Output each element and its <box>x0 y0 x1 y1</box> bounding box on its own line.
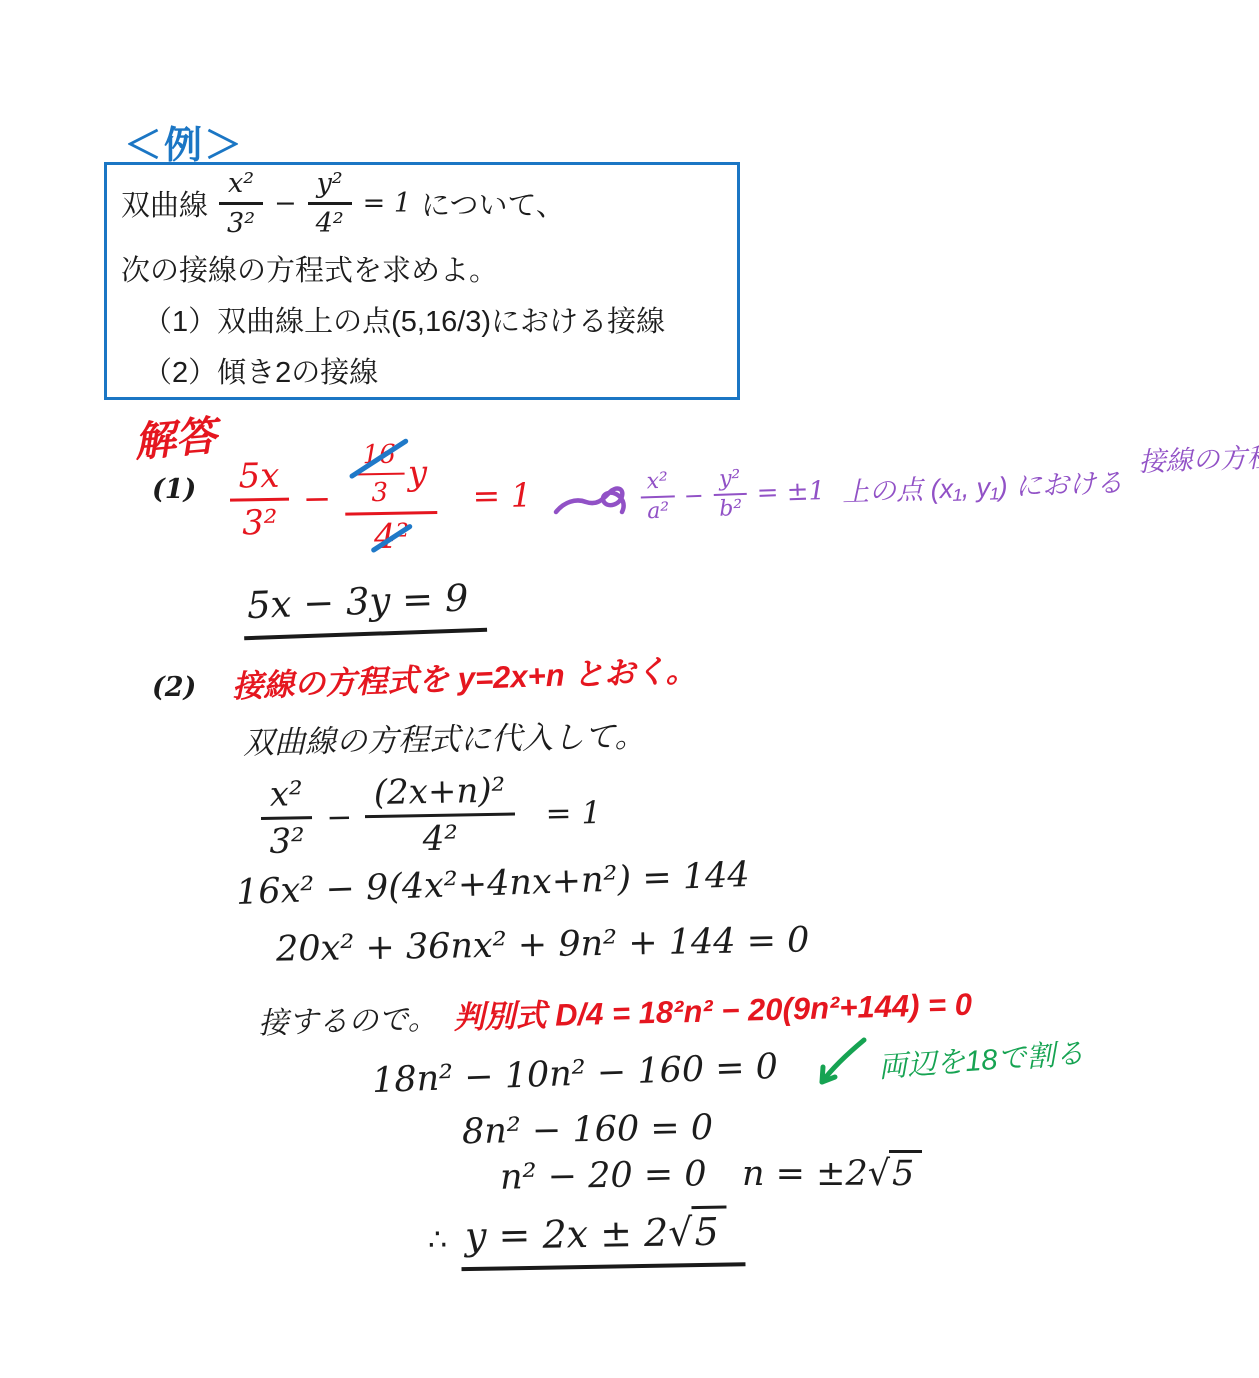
fraction-y2-b2: y² b² <box>712 466 749 521</box>
cancelled-16: 16 <box>353 441 405 476</box>
problem-item-2: （2） 傾き2の接線 <box>121 350 725 391</box>
sqrt-5: √5 <box>868 1150 923 1194</box>
note-point-text: 上の点 (x₁, y₁) における <box>841 461 1123 510</box>
equals-one: = 1 <box>472 475 532 515</box>
part2-substitute-line: 双曲線の方程式に代入して。 <box>243 710 646 762</box>
minus-sign: − <box>326 799 353 835</box>
part2-final-answer-row: ∴ y = 2x ± 2√5 <box>427 1205 745 1272</box>
example-heading: ＜例＞ <box>124 114 244 169</box>
purple-curl-flourish-icon <box>552 478 630 530</box>
sqrt-5: √5 <box>668 1206 727 1255</box>
green-divide-note: 両辺を18で割る <box>877 1031 1086 1086</box>
fraction-x2-a2: x² a² <box>640 469 676 524</box>
equals-pm1: = ±1 <box>756 476 825 508</box>
inner-fraction-16-3: 16 3 <box>353 441 405 508</box>
y-factor: y <box>408 456 428 490</box>
fraction-x2-over-9: x² 3² <box>259 776 314 860</box>
fraction-16-3y-over-16: 16 3 y 4² <box>344 439 437 556</box>
minus-sign: − <box>302 478 331 518</box>
part2-expand-line-1: 16x² − 9(4x²+4nx+n²) = 144 <box>235 855 750 913</box>
green-arrow-icon <box>808 1034 872 1092</box>
tangency-condition-text: 接するので。 <box>258 994 438 1043</box>
problem-lead-text: 双曲線 <box>121 183 208 224</box>
item-2-text: 傾き2の接線 <box>217 350 378 391</box>
part2-step-1: 18n² − 10n² − 160 = 0 <box>371 1047 778 1101</box>
note-line-1: x² a² − y² b² = ±1 上の点 (x₁, y₁) における <box>640 453 1124 524</box>
problem-item-1: （1） 双曲線上の点(5,16/3)における接線 <box>121 299 725 340</box>
fraction-y-term: y² 4² <box>307 169 353 238</box>
therefore-symbol: ∴ <box>428 1222 448 1257</box>
note-line-2: 接線の方程式 x₁x a² − y₁y b² = ±1 <box>1130 418 1259 486</box>
part2-equation: x² 3² − (2x+n)² 4² = 1 <box>259 771 602 860</box>
discriminant-equation: 判別式 D/4 = 18²n² − 20(9n²+144) = 0 <box>453 979 973 1038</box>
part2-expand-line-2: 20x² + 36nx² + 9n² + 144 = 0 <box>276 920 810 969</box>
radical-sign: √ <box>668 1210 693 1254</box>
answer-prefix: y = 2x ± 2 <box>465 1211 669 1259</box>
final-answer-equation: y = 2x ± 2√5 <box>461 1205 746 1271</box>
minus-sign: − <box>683 481 704 510</box>
item-1-text: 双曲線上の点(5,16/3)における接線 <box>217 299 665 340</box>
equals-one: = 1 <box>363 188 411 219</box>
part2-setup-line: 接線の方程式を y=2x+n とおく。 <box>231 645 697 706</box>
minus-sign: − <box>274 188 297 219</box>
radical-sign: √ <box>868 1154 890 1194</box>
hyperbola-equation: x² 3² − y² 4² = 1 <box>218 169 411 238</box>
denominator-wrap: 4² <box>365 514 419 555</box>
part2-n-value: n = ±2√5 <box>742 1150 922 1194</box>
answer-heading: 解答 <box>132 403 219 469</box>
part1-label: (1) <box>152 474 196 505</box>
cancelled-16-denominator: 4² <box>374 520 410 555</box>
purple-formula-note: x² a² − y² b² = ±1 上の点 (x₁, y₁) における 接線の… <box>639 408 1259 524</box>
part1-substituted-equation: 5x 3² − 16 3 y 4² = 1 <box>229 437 533 557</box>
fraction-5x-over-9: 5x 3² <box>229 458 289 542</box>
item-1-label: （1） <box>143 299 217 340</box>
part2-label: (2) <box>152 672 196 703</box>
part1-result: 5x − 3y = 9 <box>242 576 487 627</box>
fraction-x-term: x² 3² <box>218 169 264 238</box>
part2-step-3: n² − 20 = 0 <box>500 1154 707 1198</box>
fraction-2xn-over-16: (2x+n)² 4² <box>365 773 516 859</box>
problem-line-intro: 双曲線 x² 3² − y² 4² = 1 について、 <box>121 169 725 238</box>
problem-task-text: 次の接線の方程式を求めよ。 <box>121 248 725 289</box>
part2-step-2: 8n² − 160 = 0 <box>462 1108 714 1152</box>
problem-box: 双曲線 x² 3² − y² 4² = 1 について、 次の接線の方程式を求めよ… <box>104 162 740 400</box>
note-tangent-label: 接線の方程式 <box>1138 434 1259 479</box>
worksheet-page: ＜例＞ 双曲線 x² 3² − y² 4² = 1 について、 次の接線の方程式… <box>0 0 1259 1378</box>
equals-one: = 1 <box>545 795 601 832</box>
n-value-prefix: n = ±2 <box>742 1154 868 1194</box>
part2-tangency-line: 接するので。 判別式 D/4 = 18²n² − 20(9n²+144) = 0 <box>258 979 973 1043</box>
item-2-label: （2） <box>143 350 217 391</box>
part1-result-equation: 5x − 3y = 9 <box>242 576 487 640</box>
problem-tail-text: について、 <box>421 183 565 224</box>
compound-numerator: 16 3 y <box>344 439 437 516</box>
